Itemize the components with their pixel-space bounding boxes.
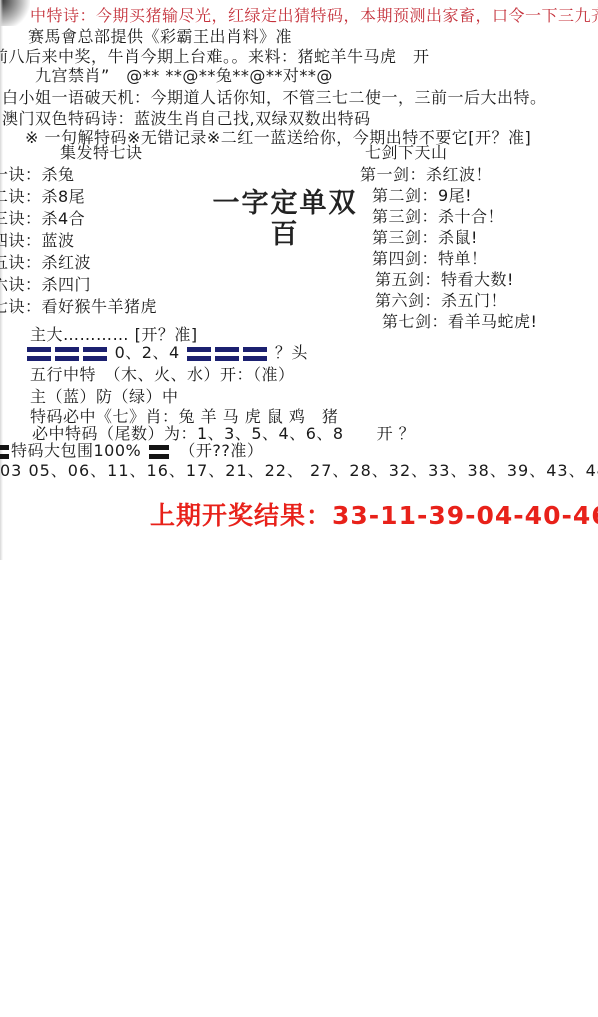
right-column-item: 第四剑：特单！ bbox=[372, 249, 488, 268]
jiugong-line: 九宫禁肖” @** **@**兔**@**对**@ bbox=[35, 66, 333, 85]
previous-result-line: 上期开奖结果：33-11-39-04-40-46+22 bbox=[150, 501, 598, 531]
right-column-item: 第七剑：看羊马蛇虎! bbox=[382, 312, 537, 331]
left-column-item: 六诀：杀四门 bbox=[0, 275, 91, 294]
jockey-club-line: 赛馬會总部提供《彩霸王出肖料》准 bbox=[28, 27, 292, 46]
left-column-item: 二诀：杀8尾 bbox=[0, 187, 85, 206]
previous-result-label: 上期开奖结果： bbox=[150, 501, 332, 530]
right-column-item: 第五剑：特看大数! bbox=[375, 270, 514, 289]
right-column-item: 第三剑：杀十合！ bbox=[372, 207, 504, 226]
zhuda-line: 主大………… [开？准] bbox=[30, 325, 198, 344]
redacted-bar-icon bbox=[0, 445, 9, 459]
redacted-bar-icon bbox=[243, 347, 267, 361]
left-column-item: 四诀：蓝波 bbox=[0, 231, 75, 250]
right-column-title: 七剑下天山 bbox=[365, 143, 448, 162]
poem-line-red: 中特诗：今期买猪输尽光，红绿定出猜特码，本期预测出家畜，口令一下三九齐， bbox=[30, 6, 598, 25]
redacted-bar-icon bbox=[149, 445, 169, 459]
redacted-bar-icon bbox=[55, 347, 79, 361]
redacted-bar-icon bbox=[215, 347, 239, 361]
qianba-line: 前八后来中奖，牛肖今期上台难。。来料：猪蛇羊牛马虎 开 bbox=[0, 47, 430, 66]
redacted-bar-icon bbox=[83, 347, 107, 361]
baowei-suffix: （开??准） bbox=[171, 441, 264, 460]
wuxing-line: 五行中特 （木、火、水）开：（准） bbox=[30, 365, 295, 384]
left-column-item: 三诀：杀4合 bbox=[0, 209, 85, 228]
right-column-item: 第六剑：杀五门！ bbox=[375, 291, 507, 310]
numbers-row: 03 05、06、11、16、17、21、22、 27、28、32、33、38、… bbox=[0, 461, 598, 480]
scan-corner-artifact bbox=[0, 0, 30, 26]
left-column-item: 五诀：杀红波 bbox=[0, 253, 91, 272]
head-suffix: ？头 bbox=[275, 343, 308, 362]
aomen-line: 澳门双色特码诗：蓝波生肖自己找,双绿双数出特码 bbox=[2, 109, 371, 128]
left-column-title: 集发特七诀 bbox=[60, 143, 143, 162]
left-column-item: 一诀：杀兔 bbox=[0, 165, 75, 184]
center-banner: 一字定单双 百 bbox=[196, 188, 374, 250]
right-column-item: 第二剑：9尾! bbox=[372, 186, 472, 205]
baixiaojie-line: 白小姐一语破天机：今期道人话你知，不管三七二使一，三前一后大出特。 bbox=[2, 88, 547, 107]
baowei-text: 特码大包围100% bbox=[11, 441, 141, 460]
left-column-item: 七诀：看好猴牛羊猪虎 bbox=[0, 297, 157, 316]
right-column-item: 第三剑：杀鼠! bbox=[372, 228, 478, 247]
lottery-tip-sheet: 中特诗：今期买猪输尽光，红绿定出猜特码，本期预测出家畜，口令一下三九齐， 赛馬會… bbox=[0, 0, 598, 1017]
redacted-bar-icon bbox=[27, 347, 51, 361]
baowei-line: 特码大包围100% （开??准） bbox=[0, 441, 263, 460]
banner-line1: 一字定单双 bbox=[196, 188, 374, 219]
redacted-bar-icon bbox=[187, 347, 211, 361]
previous-result-numbers: 33-11-39-04-40-46+22 bbox=[332, 501, 598, 530]
head-digits: 0、2、4 bbox=[115, 343, 180, 362]
zhulan-line: 主（蓝）防（绿）中 bbox=[30, 387, 179, 406]
banner-line2: 百 bbox=[196, 219, 374, 250]
head-digits-line: 0、2、4 ？头 bbox=[25, 343, 308, 362]
right-column-item: 第一剑：杀红波！ bbox=[360, 165, 492, 184]
